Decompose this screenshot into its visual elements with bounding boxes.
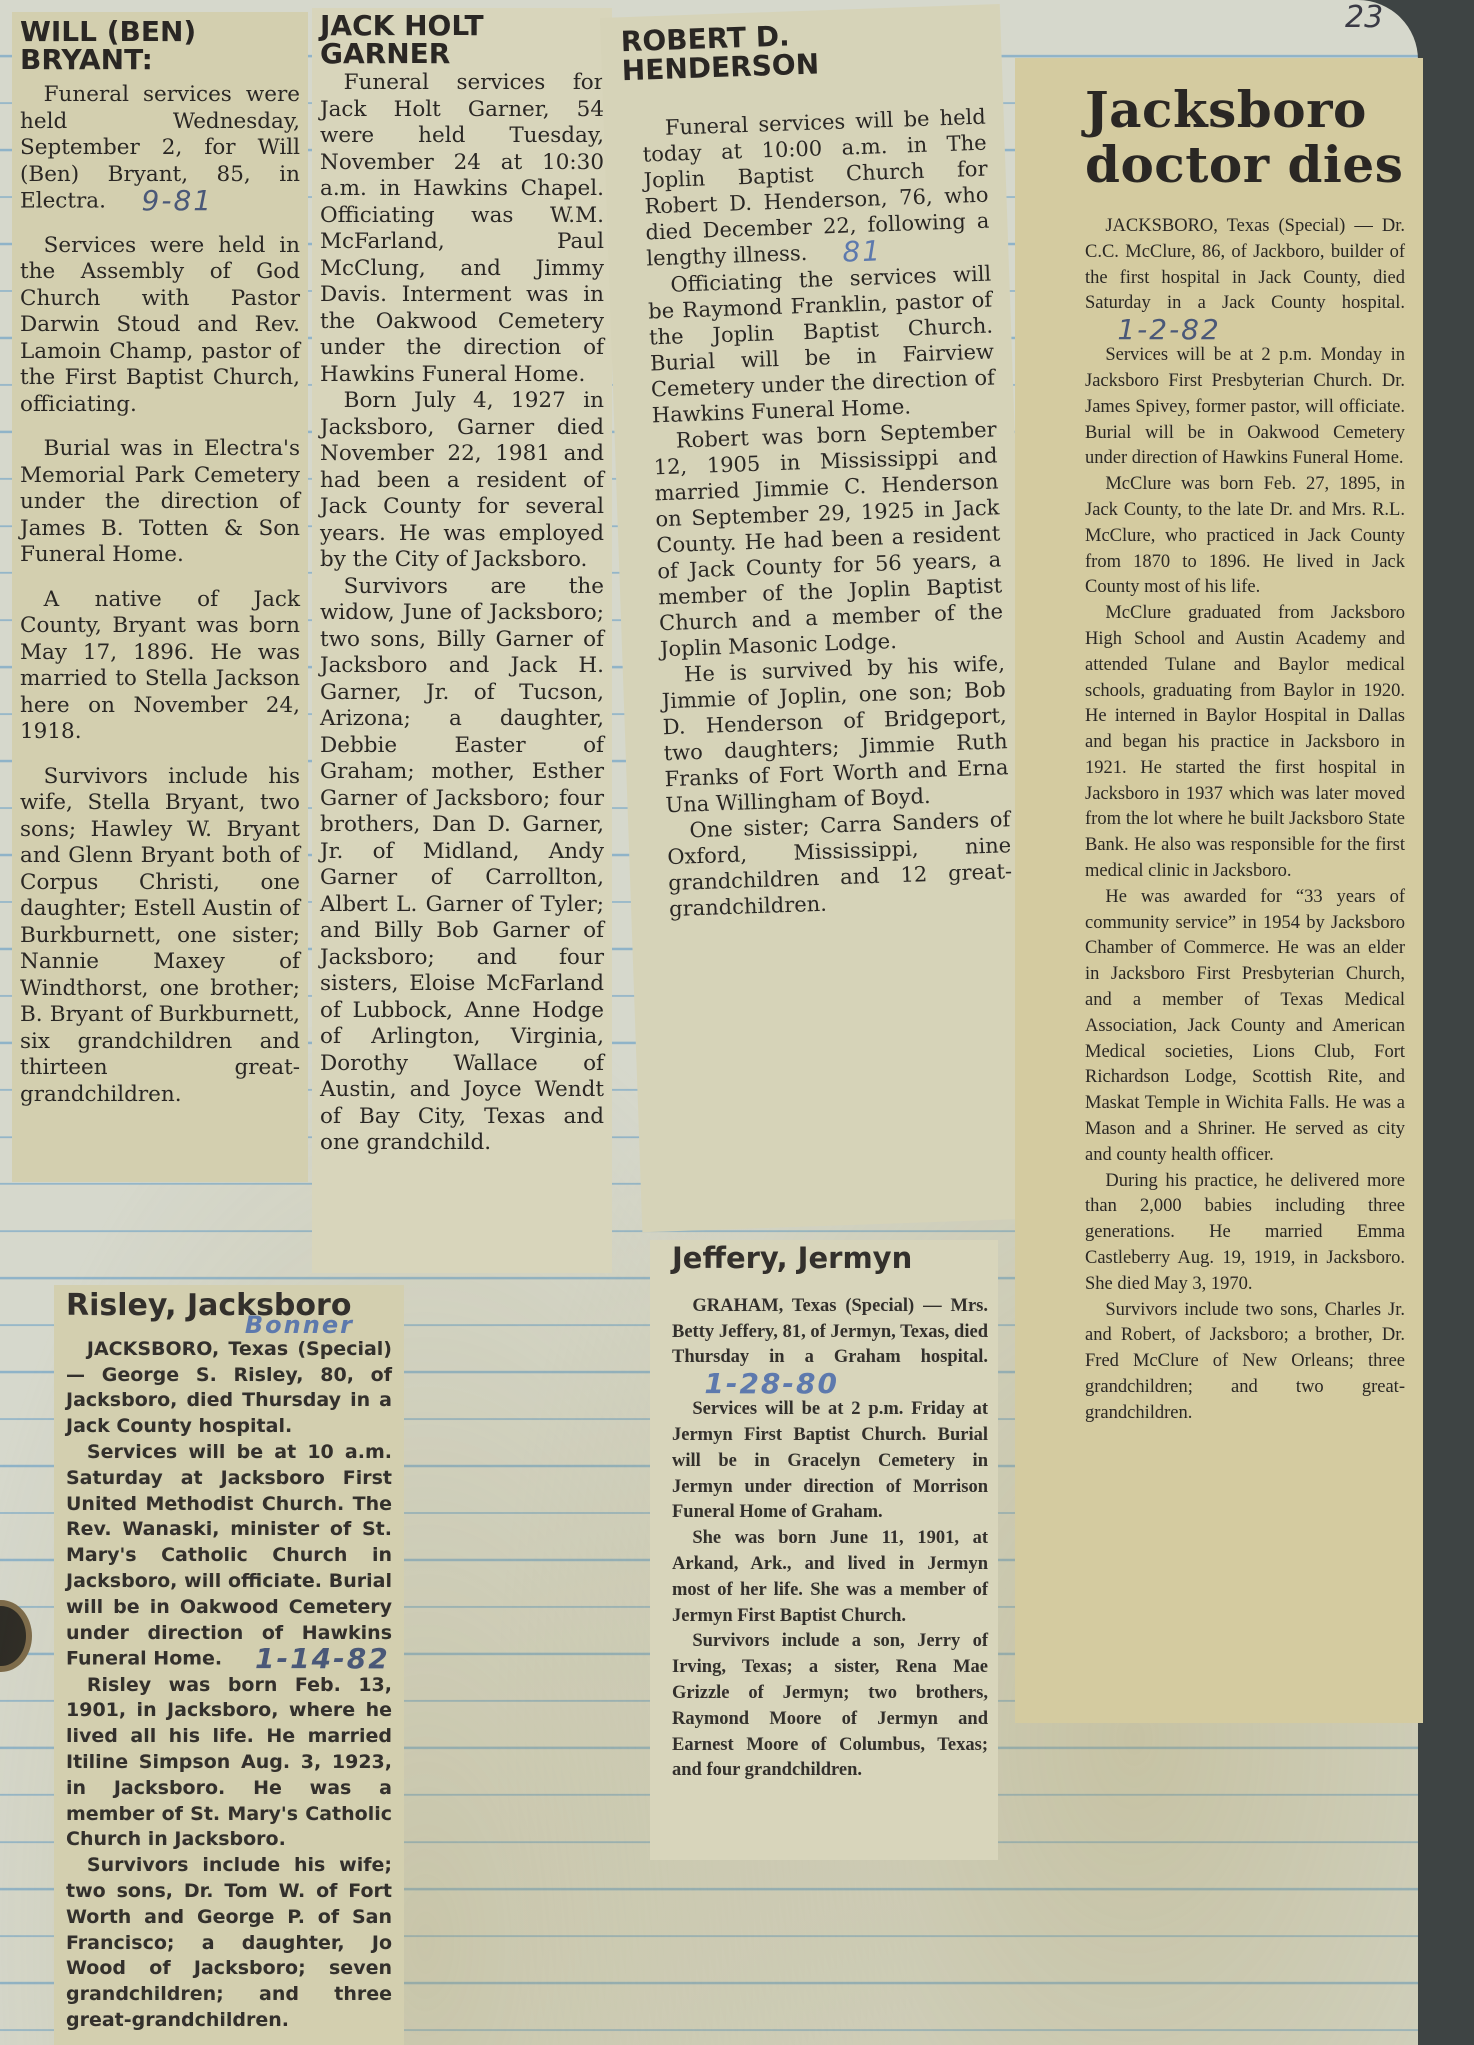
obituary-headline: JACK HOLT GARNER [320, 12, 604, 68]
obituary-paragraph: Born July 4, 1927 in Jacksboro, Garner d… [320, 388, 604, 574]
handwritten-date: 81 [819, 239, 883, 267]
obituary-clipping-garner: JACK HOLT GARNER Funeral services for Ja… [312, 8, 612, 1273]
obituary-clipping-bryant: WILL (BEN) BRYANT: Funeral services were… [12, 12, 308, 1182]
obituary-headline: Jacksboro doctor dies [1085, 82, 1405, 192]
handwritten-date: 1-28-80 [684, 1371, 839, 1397]
obituary-paragraph: Funeral services were held Wednesday, Se… [20, 82, 300, 215]
obituary-paragraph: Services will be at 2 p.m. Monday in Jac… [1085, 343, 1405, 472]
obituary-headline: WILL (BEN) BRYANT: [20, 18, 300, 74]
obituary-paragraph: She was born June 11, 1901, at Arkand, A… [672, 1526, 988, 1629]
obituary-clipping-mcclure: Jacksboro doctor dies JACKSBORO, Texas (… [1015, 58, 1423, 1723]
obituary-paragraph: BonnerJACKSBORO, Texas (Special) — Georg… [66, 1337, 392, 1440]
obituary-headline: Jeffery, Jermyn [672, 1246, 988, 1272]
obituary-paragraph: Funeral services will be held today at 1… [641, 103, 990, 272]
obituary-paragraph: Survivors include his wife; two sons, Dr… [66, 1853, 392, 2034]
obituary-paragraph: He is survived by his wife, Jimmie of Jo… [661, 651, 1010, 819]
obituary-paragraph: Risley was born Feb. 13, 1901, in Jacksb… [66, 1673, 392, 1854]
obituary-headline: ROBERT D. HENDERSON [620, 15, 984, 86]
obituary-paragraph: He was awarded for “33 years of communit… [1085, 885, 1405, 1169]
obituary-paragraph: Survivors include a son, Jerry of Irving… [672, 1629, 988, 1784]
obituary-paragraph: A native of Jack County, Bryant was born… [20, 587, 300, 746]
obituary-paragraph: Services will be at 10 a.m. Saturday at … [66, 1440, 392, 1673]
obituary-paragraph: Funeral services for Jack Holt Garner, 5… [320, 70, 604, 388]
obituary-paragraph: One sister; Carra Sanders of Oxford, Mis… [666, 806, 1013, 922]
obituary-paragraph: Burial was in Electra's Memorial Park Ce… [20, 436, 300, 569]
obituary-paragraph: Services were held in the Assembly of Go… [20, 233, 300, 419]
obituary-clipping-risley: Risley, Jacksboro BonnerJACKSBORO, Texas… [54, 1285, 404, 2045]
obituary-paragraph: JACKSBORO, Texas (Special) — Dr. C.C. Mc… [1085, 214, 1405, 343]
scrapbook-page: 23 WILL (BEN) BRYANT: Funeral services w… [0, 0, 1418, 2045]
binder-hole [0, 1600, 32, 1672]
handwritten-date: 9-81 [118, 188, 213, 215]
obituary-clipping-henderson: ROBERT D. HENDERSON Funeral services wil… [600, 4, 1042, 1232]
obituary-paragraph: Survivors are the widow, June of Jacksbo… [320, 574, 604, 1157]
obituary-paragraph: Officiating the services will be Raymond… [647, 261, 996, 429]
obituary-paragraph: During his practice, he delivered more t… [1085, 1169, 1405, 1298]
handwritten-date: 1-14-82 [234, 1646, 390, 1672]
obituary-clipping-jeffery: Jeffery, Jermyn GRAHAM, Texas (Special) … [650, 1240, 998, 1860]
obituary-paragraph: GRAHAM, Texas (Special) — Mrs. Betty Jef… [672, 1294, 988, 1397]
handwritten-note: Bonner [224, 1313, 354, 1339]
obituary-paragraph: McClure was born Feb. 27, 1895, in Jack … [1085, 472, 1405, 601]
obituary-paragraph: Services will be at 2 p.m. Friday at Jer… [672, 1397, 988, 1526]
obituary-paragraph: Robert was born September 12, 1905 in Mi… [652, 417, 1004, 663]
page-number: 23 [1345, 0, 1383, 35]
handwritten-date: 1-2-82 [1097, 317, 1221, 343]
obituary-paragraph: Survivors include two sons, Charles Jr. … [1085, 1298, 1405, 1427]
obituary-paragraph: Survivors include his wife, Stella Bryan… [20, 764, 300, 1109]
obituary-paragraph: McClure graduated from Jacksboro High Sc… [1085, 601, 1405, 885]
